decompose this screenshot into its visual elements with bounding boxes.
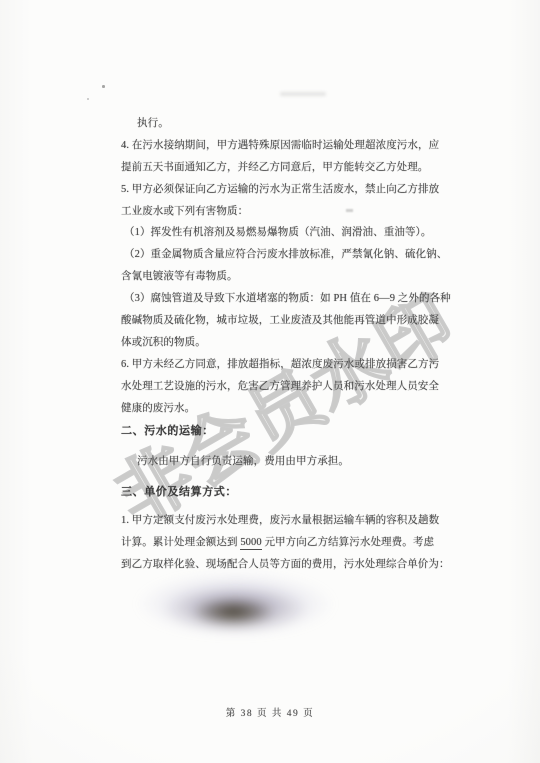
scan-speck (102, 85, 105, 88)
line-segment: 计算。累计处理金额达到 (121, 537, 240, 548)
list-item-3-line-2: 酸碱物质及硫化物，城市垃圾，工业废渣及其他能再管道中形成胶凝 (121, 310, 461, 332)
list-item-2-line-2: 含氰电镀液等有毒物质。 (121, 266, 461, 288)
list-item-2-line-1: （2）重金属物质含量应符合污废水排放标准，严禁氰化钠、硫化钠、 (121, 244, 461, 266)
clause-6-line-2: 水处理工艺设施的污水，危害乙方管理养护人员和污水处理人员安全 (121, 376, 461, 398)
clause-5-line-1: 5. 甲方必须保证向乙方运输的污水为正常生活废水，禁止向乙方排放 (121, 179, 461, 201)
section-3-line-1: 1. 甲方定额支付废污水处理费，废污水量根据运输车辆的容积及趟数 (121, 510, 461, 532)
section-2-line-1: 污水由甲方自行负责运输，费用由甲方承担。 (121, 451, 461, 473)
page-number-footer: 第 38 页 共 49 页 (0, 705, 540, 719)
section-3-line-2: 计算。累计处理金额达到 5000 元甲方向乙方结算污水处理费。考虑 (121, 532, 461, 554)
scan-streak (280, 92, 326, 96)
section-2-heading: 二、污水的运输： (121, 421, 461, 443)
list-item-3-line-1: （3）腐蚀管道及导致下水道堵塞的物质：如 PH 值在 6—9 之外的各种 (121, 288, 461, 310)
list-item-1: （1）挥发性有机溶剂及易燃易爆物质（汽油、润滑油、重油等）。 (121, 222, 461, 244)
scan-speck (87, 98, 89, 100)
clause-6-line-1: 6. 甲方未经乙方同意，排放超指标，超浓度废污水或排放损害乙方污 (121, 354, 461, 376)
line-segment: 元甲方向乙方结算污水处理费。考虑 (262, 537, 434, 548)
paragraph-end-line: 执行。 (121, 113, 461, 135)
contract-body: 执行。 4. 在污水接纳期间，甲方遇特殊原因需临时运输处理超浓度污水，应 提前五… (121, 113, 461, 576)
clause-4-line-2: 提前五天书面通知乙方，并经乙方同意后，甲方能转交乙方处理。 (121, 157, 461, 179)
underlined-amount: 5000 (240, 537, 261, 550)
clause-6-line-3: 健康的废污水。 (121, 398, 461, 420)
list-item-3-line-3: 体或沉积的物质。 (121, 332, 461, 354)
section-3-heading: 三、单价及结算方式： (121, 482, 461, 504)
clause-5-line-2: 工业废水或下列有害物质： (121, 201, 461, 223)
scan-smudge (123, 563, 348, 645)
scanned-contract-page: 非会员水印 执行。 4. 在污水接纳期间，甲方遇特殊原因需临时运输处理超浓度污水… (0, 0, 540, 763)
clause-4-line-1: 4. 在污水接纳期间，甲方遇特殊原因需临时运输处理超浓度污水，应 (121, 135, 461, 157)
